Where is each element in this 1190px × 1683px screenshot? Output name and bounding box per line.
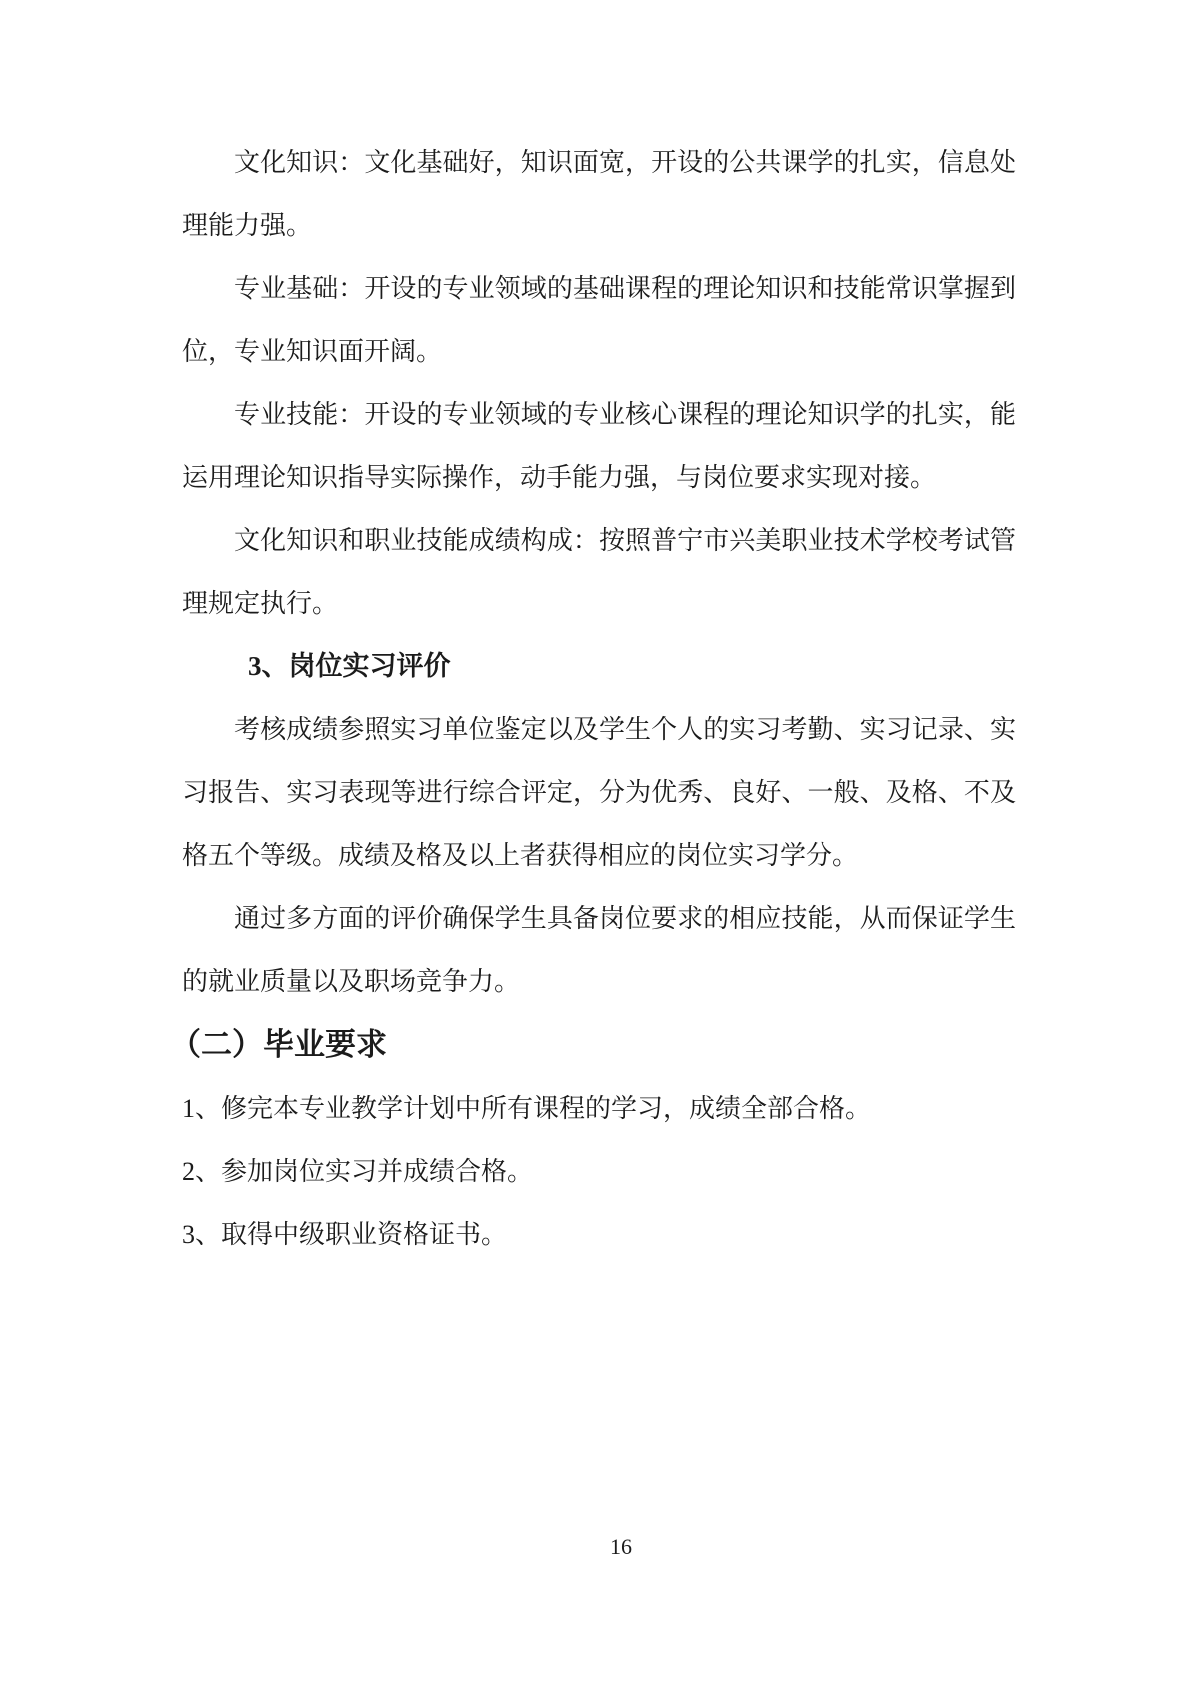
document-page: 文化知识：文化基础好，知识面宽，开设的公共课学的扎实，信息处理能力强。 专业基础… bbox=[0, 0, 1190, 1683]
paragraph-culture-knowledge: 文化知识：文化基础好，知识面宽，开设的公共课学的扎实，信息处理能力强。 bbox=[182, 131, 1016, 257]
document-content: 文化知识：文化基础好，知识面宽，开设的公共课学的扎实，信息处理能力强。 专业基础… bbox=[182, 131, 1016, 1266]
page-number: 16 bbox=[610, 1534, 632, 1560]
paragraph-professional-skills: 专业技能：开设的专业领域的专业核心课程的理论知识学的扎实，能运用理论知识指导实际… bbox=[182, 383, 1016, 509]
heading-graduation-requirements: （二）毕业要求 bbox=[170, 1013, 1016, 1077]
paragraph-professional-basics: 专业基础：开设的专业领域的基础课程的理论知识和技能常识掌握到位，专业知识面开阔。 bbox=[182, 257, 1016, 383]
paragraph-score-composition: 文化知识和职业技能成绩构成：按照普宁市兴美职业技术学校考试管理规定执行。 bbox=[182, 509, 1016, 635]
list-item-2: 2、参加岗位实习并成绩合格。 bbox=[182, 1140, 1016, 1203]
paragraph-internship-assessment: 考核成绩参照实习单位鉴定以及学生个人的实习考勤、实习记录、实习报告、实习表现等进… bbox=[182, 698, 1016, 887]
paragraph-evaluation-purpose: 通过多方面的评价确保学生具备岗位要求的相应技能，从而保证学生的就业质量以及职场竞… bbox=[182, 887, 1016, 1013]
heading-internship-evaluation: 3、岗位实习评价 bbox=[182, 635, 1016, 698]
list-item-3: 3、取得中级职业资格证书。 bbox=[182, 1203, 1016, 1266]
list-item-1: 1、修完本专业教学计划中所有课程的学习，成绩全部合格。 bbox=[182, 1077, 1016, 1140]
